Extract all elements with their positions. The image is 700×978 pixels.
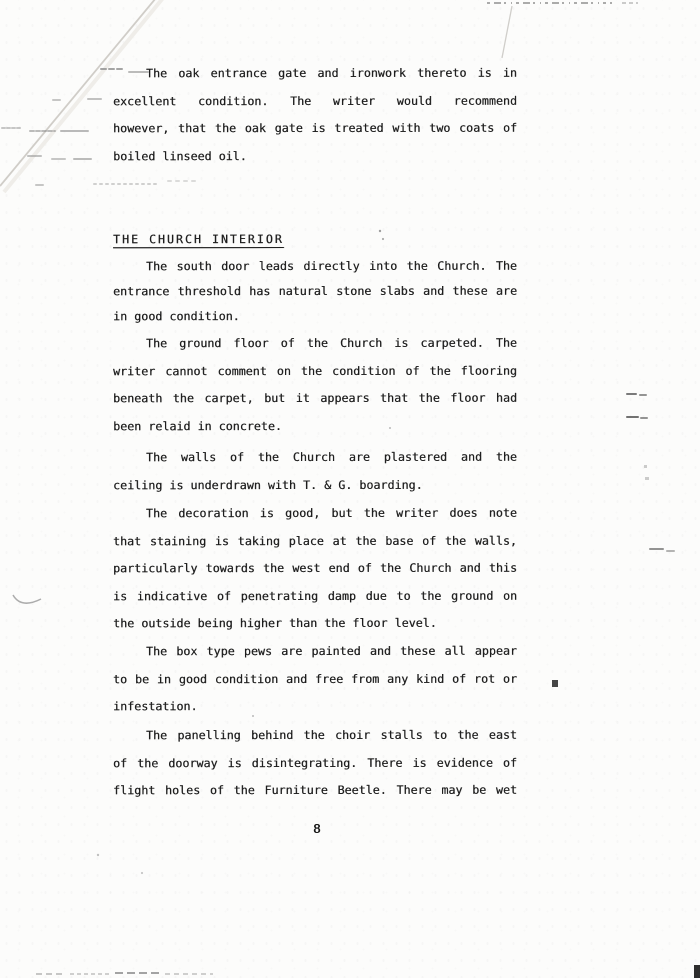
- text-line: boiled linseed oil.: [113, 142, 517, 170]
- paragraph-box-pews: The box type pews are painted and these …: [113, 638, 517, 721]
- text-line: beneath the carpet, but it appears that …: [113, 385, 517, 413]
- paragraph-panelling-beetle: The panelling behind the choir stalls to…: [113, 722, 517, 805]
- text-line: particularly towards the west end of the…: [113, 555, 517, 583]
- text-line: excellent condition. The writer would re…: [113, 87, 517, 115]
- text-line: that staining is taking place at the bas…: [113, 527, 517, 555]
- text-line: The oak entrance gate and ironwork there…: [113, 60, 517, 88]
- page-number: 8: [313, 815, 321, 843]
- dash-marks-right-margin: [627, 394, 647, 418]
- scanned-document-page: The oak entrance gate and ironwork there…: [0, 0, 700, 978]
- text-line: is indicative of penetrating damp due to…: [113, 582, 517, 610]
- crease-mark: [502, 6, 512, 58]
- text-line: The ground floor of the Church is carpet…: [113, 330, 517, 358]
- text-line: The box type pews are painted and these …: [113, 638, 517, 666]
- curved-pen-mark: [13, 595, 41, 603]
- text-line: to be in good condition and free from an…: [113, 665, 517, 693]
- text-line: The panelling behind the choir stalls to…: [113, 722, 517, 750]
- corner-mark-bottom-right: [694, 965, 700, 978]
- paragraph-decoration-damp: The decoration is good, but the writer d…: [113, 500, 517, 638]
- paragraph-oak-gate: The oak entrance gate and ironwork there…: [113, 60, 517, 171]
- dash-mark-right-mid: [650, 549, 674, 551]
- text-line: The decoration is good, but the writer d…: [113, 500, 517, 528]
- text-line: the outside being higher than the floor …: [113, 610, 517, 638]
- text-line: The south door leads directly into the C…: [113, 254, 517, 280]
- paragraph-walls-ceiling: The walls of the Church are plastered an…: [113, 444, 517, 500]
- section-heading-church-interior: THE CHURCH INTERIOR: [113, 226, 517, 254]
- paragraph-ground-floor: The ground floor of the Church is carpet…: [113, 330, 517, 441]
- text-line: in good condition.: [113, 304, 517, 330]
- dashed-line-bottom: [36, 973, 213, 974]
- text-line: of the doorway is disintegrating. There …: [113, 749, 517, 777]
- paragraph-south-door: The south door leads directly into the C…: [113, 254, 517, 330]
- text-line: ceiling is underdrawn with T. & G. board…: [113, 471, 517, 499]
- text-line: however, that the oak gate is treated wi…: [113, 115, 517, 143]
- text-line: infestation.: [113, 693, 517, 721]
- text-line: The walls of the Church are plastered an…: [113, 444, 517, 472]
- text-line: flight holes of the Furniture Beetle. Th…: [113, 777, 517, 805]
- text-line: entrance threshold has natural stone sla…: [113, 279, 517, 305]
- text-line: writer cannot comment on the condition o…: [113, 357, 517, 385]
- text-line: been relaid in concrete.: [113, 412, 517, 440]
